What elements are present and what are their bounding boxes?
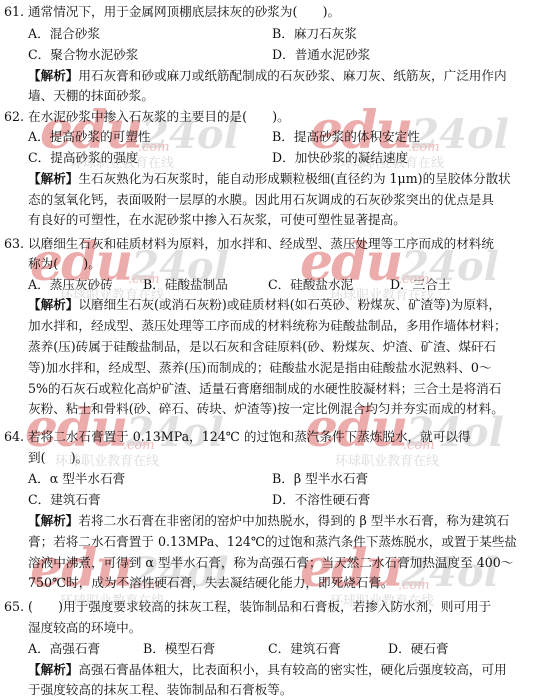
option-b: B．β 型半水石膏 (272, 471, 368, 487)
question-stem: 以磨细生石灰和硅质材料为原料，加水拌和、经成型、蒸压处理等工序而成的材料统 (28, 236, 494, 252)
option-a: A．高强石膏 (28, 641, 100, 657)
question-number: 65. (4, 599, 24, 615)
question-stem: ( )用于强度要求较高的抹灰工程，装饰制品和石膏板，若掺入防水剂，则可用于 (28, 599, 491, 615)
option-c: C．聚合物水泥砂浆 (28, 47, 138, 63)
option-c: C．建筑石膏 (268, 641, 341, 657)
option-d: D．不溶性硬石膏 (272, 492, 370, 508)
analysis-label: 【解析】 (28, 171, 78, 186)
question-stem: 湿度较高的环境中。 (28, 620, 141, 636)
watermark-num: 24ol (411, 111, 509, 158)
option-a: A．提高砂浆的可塑性 (28, 129, 150, 145)
option-b: B．模型石膏 (143, 641, 215, 657)
analysis-line: 溶液中沸煮，可得到 α 型半水石膏，称为高强石膏；当天然二水石膏加热温度至 40… (28, 555, 513, 571)
analysis-line: 墙、天棚的抹面砂浆。 (28, 88, 154, 104)
analysis-label: 【解析】 (28, 662, 78, 677)
analysis-line: 加水拌和，经成型、蒸压处理等工序而成的材料统称为硅酸盐制品，多用作墙体材料； (28, 318, 507, 334)
option-c: C．硅酸盐水泥 (268, 277, 353, 293)
analysis-line: 【解析】生石灰熟化为石灰浆时，能自动形成颗粒极细(直径约为 1μm)的呈胶体分散… (28, 171, 511, 187)
analysis-line: 灰粉、粘土和骨料(砂、碎石、砖块、炉渣等)按一定比例混合均匀并夯实而成的材料。 (28, 401, 504, 417)
analysis-line: 有良好的可塑性，在水泥砂浆中掺入石灰浆，可使可塑性显著提高。 (28, 212, 406, 228)
question-number: 64. (4, 429, 24, 445)
option-b: B．提高砂浆的体积安定性 (272, 129, 420, 145)
analysis-line: 【解析】以磨细生石灰(或消石灰粉)或硅质材料(如石英砂、粉煤灰、矿渣等)为原料， (28, 297, 501, 313)
analysis-text: 若将二水石膏在非密闭的窑炉中加热脱水，得到的 β 型半水石膏，称为建筑石 (78, 513, 509, 528)
analysis-text: 生石灰熟化为石灰浆时，能自动形成颗粒极细(直径约为 1μm)的呈胶体分散状 (78, 171, 510, 186)
option-a: A．蒸压灰砂砖 (28, 277, 113, 293)
analysis-line: 于强度较高的抹灰工程、装饰制品和石膏板等。 (28, 682, 292, 697)
analysis-line: 【解析】高强石膏晶体粗大，比表面积小，具有较高的密实性，硬化后强度较高，可用 (28, 662, 507, 678)
option-c: C．建筑石膏 (28, 492, 101, 508)
question-stem: 在水泥砂浆中掺入石灰浆的主要目的是( )。 (28, 109, 290, 125)
analysis-text: 用石灰膏和砂或麻刀或纸筋配制成的石灰砂浆、麻刀灰、纸筋灰，广泛用作内 (78, 68, 506, 83)
analysis-line: 膏；若将二水石膏置于 0.13MPa、124℃的过饱和蒸汽条件下蒸炼脱水，或置于… (28, 534, 517, 550)
option-d: D．普通水泥砂浆 (272, 47, 370, 63)
option-d: D．加快砂浆的凝结速度 (272, 150, 408, 166)
analysis-line: 【解析】用石灰膏和砂或麻刀或纸筋配制成的石灰砂浆、麻刀灰、纸筋灰，广泛用作内 (28, 68, 507, 84)
option-b: B．硅酸盐制品 (143, 277, 228, 293)
question-number: 62. (4, 109, 24, 125)
watermark-cn: 环球职业教育在线 (335, 450, 439, 469)
option-b: B．麻刀石灰浆 (272, 26, 357, 42)
analysis-line: 【解析】若将二水石膏在非密闭的窑炉中加热脱水，得到的 β 型半水石膏，称为建筑石 (28, 513, 509, 529)
option-a: A．α 型半水石膏 (28, 471, 125, 487)
analysis-label: 【解析】 (28, 513, 78, 528)
question-stem: 通常情况下，用于金属网顶棚底层抹灰的砂浆为( )。 (28, 4, 340, 20)
question-number: 63. (4, 236, 24, 252)
analysis-line: 等)加水拌和，经成型、蒸养(压)而制成的；硅酸盐水泥是指由硅酸盐水泥熟料、0～ (28, 360, 492, 376)
question-number: 61. (4, 4, 24, 20)
option-d: D．硬石膏 (388, 641, 448, 657)
question-stem: 称为( )。 (28, 256, 101, 272)
analysis-text: 以磨细生石灰(或消石灰粉)或硅质材料(如石英砂、粉煤灰、矿渣等)为原料， (78, 297, 501, 312)
option-d: D．三合土 (390, 277, 450, 293)
question-stem: 若将二水石膏置于 0.13MPa，124℃ 的过饱和蒸汽条件下蒸炼脱水，就可以得 (28, 429, 471, 445)
analysis-line: 750℃时，成为不溶性硬石膏，失去凝结硬化能力，即死烧石膏。 (28, 575, 394, 591)
analysis-text: 高强石膏晶体粗大，比表面积小，具有较高的密实性，硬化后强度较高，可用 (78, 662, 506, 677)
analysis-label: 【解析】 (28, 68, 78, 83)
exam-page: edu24ol .com 环球职业教育在线 edu24ol .com 环球职业教… (0, 0, 545, 697)
analysis-line: 态的氢氧化钙，表面吸附一层厚的水膜。因此用石灰调成的石灰砂浆突出的优点是具 (28, 192, 494, 208)
analysis-line: 5%的石灰石或粒化高炉矿渣、适量石膏磨细制成的水硬性胶凝材料；三合土是将消石 (28, 381, 501, 397)
question-stem: 到( )。 (28, 450, 88, 466)
analysis-line: 蒸养(压)砖属于硅酸盐制品，是以石灰和含硅原料(砂、粉煤灰、炉渣、矿渣、煤矸石 (28, 339, 496, 355)
watermark-com: .com (398, 578, 430, 593)
option-a: A．混合砂浆 (28, 26, 100, 42)
option-c: C．提高砂浆的强度 (28, 150, 138, 166)
analysis-label: 【解析】 (28, 297, 78, 312)
